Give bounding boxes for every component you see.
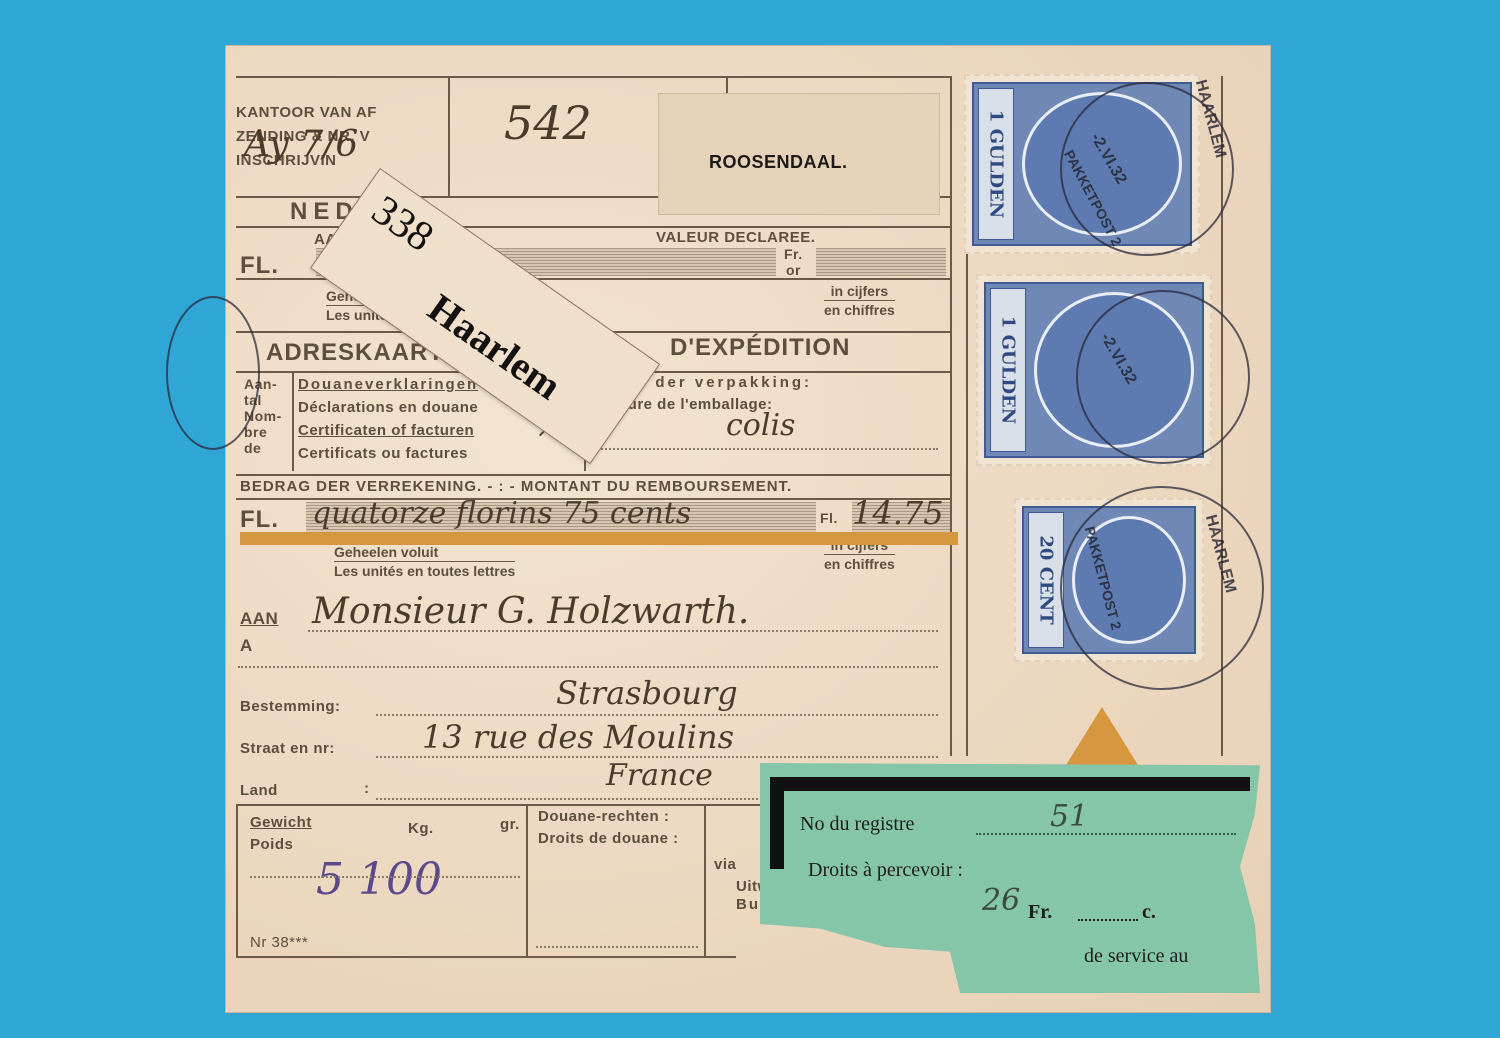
- cod-fl-small: Fl.: [820, 510, 838, 526]
- side-label-line: de: [244, 440, 284, 456]
- title-expedition: D'EXPÉDITION: [670, 334, 850, 362]
- cod-fl-label: FL.: [240, 506, 279, 534]
- c-label: c.: [1142, 901, 1156, 924]
- stamp-value: 1 GULDEN: [998, 316, 1019, 424]
- service-text: de service au: [1084, 945, 1188, 968]
- colon: :: [364, 780, 370, 797]
- handwritten-number: 542: [504, 96, 592, 150]
- certificates-nl: Certificaten of facturen: [298, 422, 474, 439]
- dotted-line: [250, 876, 520, 878]
- dotted-line: [1078, 919, 1138, 921]
- dotted-line: [536, 946, 698, 948]
- postmark-left: [166, 296, 260, 450]
- rule: [448, 76, 450, 196]
- rule: [236, 804, 238, 956]
- handwritten-mark: Ay 7/6: [244, 124, 358, 165]
- rule: [236, 474, 951, 476]
- hint-line: Geheelen voluit: [334, 543, 515, 562]
- rule: [236, 956, 736, 958]
- destination-value: Strasbourg: [556, 674, 738, 712]
- rule: [236, 76, 951, 78]
- fl-label: FL.: [240, 252, 279, 280]
- hint-line: en chiffres: [824, 301, 895, 319]
- dotted-line: [376, 714, 938, 716]
- declared-value-fr: VALEUR DECLAREE.: [656, 229, 815, 246]
- packaging-value: colis: [726, 408, 795, 443]
- cod-heading: BEDRAG DER VERREKENING. - : - MONTANT DU…: [240, 478, 792, 495]
- destination-label: Bestemming:: [240, 698, 341, 715]
- stamp-value-panel: 1 GULDEN: [978, 88, 1014, 240]
- hint-line: Les unités en toutes lettres: [334, 562, 515, 580]
- gr-label: gr.: [500, 816, 520, 833]
- or-label: or: [786, 262, 801, 278]
- charges-label: Droits à percevoir :: [808, 859, 963, 882]
- stamp-value: 1 GULDEN: [986, 110, 1007, 218]
- to-label-nl: AAN: [240, 609, 278, 629]
- to-label-fr: A: [240, 636, 253, 656]
- customs-duty-nl: Douane-rechten :: [538, 808, 669, 825]
- dotted-line: [976, 833, 1236, 835]
- hint-line: en chiffres: [824, 555, 895, 573]
- stamp-value: 20 CENT: [1036, 535, 1057, 624]
- office-label-line: KANTOOR VAN AF: [236, 104, 377, 121]
- serial-number: Nr 38***: [250, 934, 308, 951]
- register-value: 51: [1050, 799, 1088, 834]
- street-label: Straat en nr:: [240, 740, 335, 757]
- kg-label: Kg.: [408, 820, 434, 837]
- customs-decl-nl: Douaneverklaringen: [298, 376, 478, 393]
- cod-amount-words: quatorze florins 75 cents: [312, 496, 691, 531]
- recipient-name: Monsieur G. Holzwarth.: [312, 591, 749, 632]
- weight-label-nl: Gewicht: [250, 814, 312, 831]
- cod-amount-figures: 14.75: [852, 494, 944, 532]
- words-hint: Geheelen voluit Les unités en toutes let…: [334, 543, 515, 580]
- country-value: France: [606, 758, 713, 793]
- rule: [704, 804, 706, 956]
- via-label: via: [714, 856, 736, 873]
- black-bar: [770, 777, 1250, 791]
- fr-label: Fr.: [1028, 901, 1052, 924]
- register-label: No du registre: [800, 813, 914, 836]
- rule: [526, 804, 528, 956]
- triangle-marker: [1066, 707, 1138, 765]
- hint-line: in cijfers: [824, 282, 895, 301]
- hatched-field: [816, 248, 946, 276]
- dotted-line: [598, 448, 938, 450]
- country-label: Land: [240, 782, 278, 799]
- dotted-line: [308, 630, 938, 632]
- stamp-value-panel: 1 GULDEN: [990, 288, 1026, 452]
- certificates-fr: Certificats ou factures: [298, 445, 468, 462]
- fr-label: Fr.: [784, 246, 803, 262]
- rule: [950, 76, 952, 756]
- weight-label-fr: Poids: [250, 836, 293, 853]
- side-label-line: bre: [244, 424, 284, 440]
- route-label-text: ROOSENDAAL.: [709, 152, 848, 173]
- dotted-line: [238, 666, 938, 668]
- orange-band: [240, 532, 958, 545]
- weight-value: 5 100: [316, 854, 442, 905]
- customs-duty-fr: Droits de douane :: [538, 830, 679, 847]
- charges-value: 26: [982, 883, 1020, 918]
- rule: [292, 371, 294, 471]
- stamp-value-panel: 20 CENT: [1028, 512, 1064, 648]
- route-label: ROOSENDAAL.: [658, 93, 940, 215]
- figures-hint: in cijfers en chiffres: [824, 282, 895, 319]
- customs-decl-fr: Déclarations en douane: [298, 399, 478, 416]
- street-value: 13 rue des Moulins: [422, 718, 734, 756]
- black-bar: [770, 777, 784, 869]
- postmark: [1076, 290, 1250, 464]
